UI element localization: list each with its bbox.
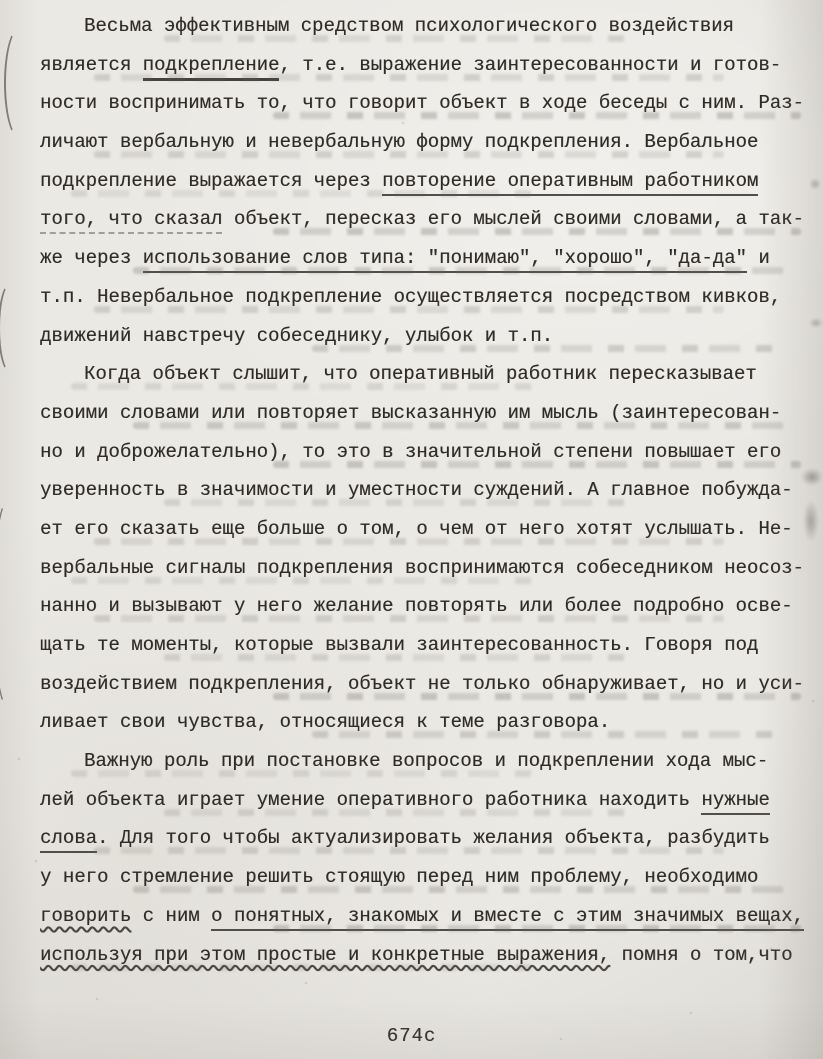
text-line: нанно и вызывают у него желание повторят…	[40, 587, 817, 626]
text-segment: , т.е. выражение заинтересованности и го…	[279, 54, 781, 76]
document-text: Весьма эффективным средством психологиче…	[40, 7, 817, 974]
text-segment: Когда объект слышит, что оперативный раб…	[84, 363, 757, 385]
text-segment: ет его сказать еще больше о том, о чем о…	[40, 518, 793, 540]
text-segment: и	[747, 247, 770, 269]
text-line: вербальные сигналы подкрепления восприни…	[40, 549, 817, 588]
underlined-phrase: говорить	[40, 905, 131, 929]
text-segment: является	[40, 54, 143, 76]
text-line: но и доброжелательно), то это в значител…	[40, 433, 817, 472]
text-segment: личают вербальную и невербальную форму п…	[40, 131, 758, 153]
text-line: уверенность в значимости и уместности су…	[40, 471, 817, 510]
text-line: ности воспринимать то, что говорит объек…	[40, 84, 817, 123]
text-segment: но и доброжелательно), то это в значител…	[40, 441, 781, 463]
underlined-phrase: подкрепление	[143, 54, 280, 81]
text-line: Весьма эффективным средством психологиче…	[40, 7, 817, 46]
text-line: используя при этом простые и конкретные …	[40, 936, 817, 975]
text-segment: движений навстречу собеседнику, улыбок и…	[40, 325, 553, 347]
text-segment: . Для того чтобы актуализировать желания…	[97, 827, 770, 849]
text-segment: ливает свои чувства, относящиеся к теме …	[40, 711, 610, 733]
text-segment: же через	[40, 247, 143, 269]
text-segment: воздействием подкрепления, объект не тол…	[40, 673, 804, 695]
text-line: Когда объект слышит, что оперативный раб…	[40, 355, 817, 394]
text-line: ет его сказать еще больше о том, о чем о…	[40, 510, 817, 549]
scanned-page: Весьма эффективным средством психологиче…	[0, 0, 823, 1059]
text-line: Важную роль при постановке вопросов и по…	[40, 742, 817, 781]
text-segment: нанно и вызывают у него желание повторят…	[40, 595, 793, 617]
text-line: т.п. Невербальное подкрепление осуществл…	[40, 278, 817, 317]
text-segment: лей объекта играет умение оперативного р…	[40, 789, 701, 811]
text-line: подкрепление выражается через повторение…	[40, 162, 817, 201]
text-segment: объект, пересказ его мыслей своими слова…	[222, 208, 804, 230]
text-line: слова. Для того чтобы актуализировать же…	[40, 819, 817, 858]
margin-bracket-mark	[0, 498, 26, 710]
text-line: личают вербальную и невербальную форму п…	[40, 123, 817, 162]
text-line: того, что сказал объект, пересказ его мы…	[40, 200, 817, 239]
text-segment: Весьма эффективным средством психологиче…	[84, 15, 734, 37]
text-line: щать те моменты, которые вызвали заинтер…	[40, 626, 817, 665]
text-line: своими словами или повторяет высказанную…	[40, 394, 817, 433]
paper-speckles	[0, 0, 2, 2]
text-segment: с ним	[131, 905, 211, 927]
text-segment: помня о том,что	[610, 944, 792, 966]
text-segment: подкрепление выражается через	[40, 170, 382, 192]
margin-bracket-mark	[0, 282, 24, 374]
text-line: же через использование слов типа: "поним…	[40, 239, 817, 278]
text-line: у него стремление решить стоящую перед н…	[40, 858, 817, 897]
text-line: является подкрепление, т.е. выражение за…	[40, 46, 817, 85]
underlined-phrase: использование слов типа: "понимаю", "хор…	[143, 247, 747, 273]
text-line: движений навстречу собеседнику, улыбок и…	[40, 317, 817, 356]
underlined-phrase: слова	[40, 827, 97, 853]
margin-bracket-mark	[4, 28, 34, 138]
underlined-phrase: того, что сказал	[40, 208, 222, 234]
page-number: 674с	[0, 1025, 823, 1047]
underlined-phrase: повторение оперативным работником	[382, 170, 758, 196]
text-segment: вербальные сигналы подкрепления восприни…	[40, 557, 804, 579]
text-segment: ности воспринимать то, что говорит объек…	[40, 92, 804, 114]
text-line: говорить с ним о понятных, знакомых и вм…	[40, 897, 817, 936]
text-segment: щать те моменты, которые вызвали заинтер…	[40, 634, 758, 656]
text-segment: своими словами или повторяет высказанную…	[40, 402, 781, 424]
text-segment: уверенность в значимости и уместности су…	[40, 479, 793, 501]
underlined-phrase: нужные	[701, 789, 769, 815]
text-line: воздействием подкрепления, объект не тол…	[40, 665, 817, 704]
underlined-phrase: о понятных, знакомых и вместе с этим зна…	[211, 905, 804, 931]
underlined-phrase: используя при этом простые и конкретные …	[40, 944, 610, 968]
text-line: ливает свои чувства, относящиеся к теме …	[40, 703, 817, 742]
text-segment: Важную роль при постановке вопросов и по…	[84, 750, 768, 772]
text-line: лей объекта играет умение оперативного р…	[40, 781, 817, 820]
text-segment: у него стремление решить стоящую перед н…	[40, 866, 758, 888]
text-segment: т.п. Невербальное подкрепление осуществл…	[40, 286, 781, 308]
